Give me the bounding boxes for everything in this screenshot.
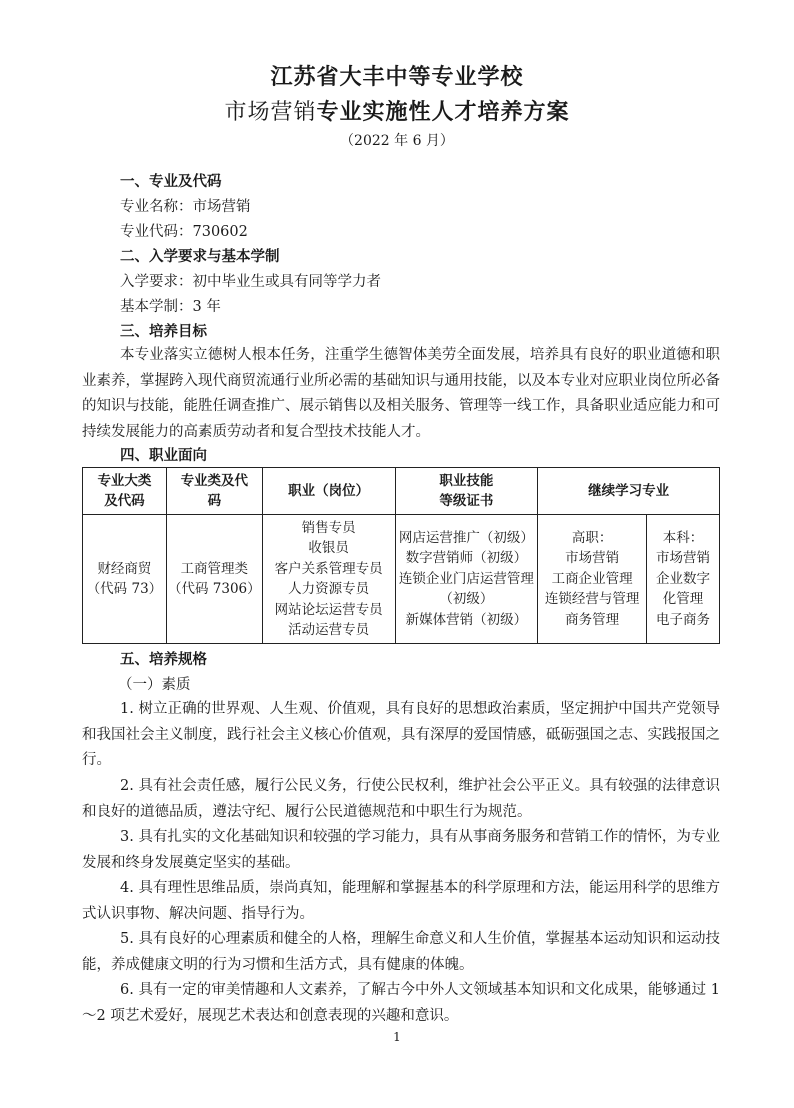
page-number: 1 (0, 1030, 794, 1044)
cell-certificates: 网店运营推广（初级）数字营销师（初级） 连锁企业门店运营管理（初级） 新媒体营销… (395, 515, 538, 644)
header-major-category: 专业大类及代码 (83, 468, 167, 515)
plan-date: （2022 年 6 月） (0, 130, 794, 150)
subsection-quality-heading: （一）素质 (118, 675, 191, 695)
career-orientation-table: 专业大类及代码 专业类及代码 职业（岗位） 职业技能等级证书 继续学习专业 财经… (82, 467, 720, 644)
section3-heading: 三、培养目标 (120, 322, 207, 342)
section2-heading: 二、入学要求与基本学制 (120, 247, 280, 267)
training-goal-paragraph: 本专业落实立德树人根本任务，注重学生德智体美劳全面发展，培养具有良好的职业道德和… (82, 343, 720, 445)
plan-title-major: 市场营销 (224, 100, 316, 125)
table-row: 财经商贸（代码 73） 工商管理类（代码 7306） 销售专员收银员 客户关系管… (83, 515, 720, 644)
header-occupation: 职业（岗位） (262, 468, 395, 515)
plan-title-rest: 专业实施性人才培养方案 (317, 100, 570, 125)
entry-requirement: 入学要求：初中毕业生或具有同等学力者 (120, 272, 381, 292)
header-further-study: 继续学习专业 (538, 468, 720, 515)
section5-heading: 五、培养规格 (120, 650, 207, 670)
major-code: 专业代码：730602 (120, 222, 248, 242)
school-title: 江苏省大丰中等专业学校 (0, 60, 794, 91)
study-duration: 基本学制：3 年 (120, 297, 221, 317)
cell-major-class: 工商管理类（代码 7306） (166, 515, 262, 644)
major-name: 专业名称：市场营销 (120, 197, 251, 217)
quality-item-2: 2. 具有社会责任感，履行公民义务，行使公民权利，维护社会公平正义。具有较强的法… (82, 774, 720, 825)
cell-major-category: 财经商贸（代码 73） (83, 515, 167, 644)
quality-item-6: 6. 具有一定的审美情趣和人文素养，了解古今中外人文领域基本知识和文化成果，能够… (82, 978, 720, 1029)
table-header-row: 专业大类及代码 专业类及代码 职业（岗位） 职业技能等级证书 继续学习专业 (83, 468, 720, 515)
cell-further-vocational: 高职：市场营销 工商企业管理连锁经营与管理 商务管理 (538, 515, 647, 644)
quality-item-5: 5. 具有良好的心理素质和健全的人格，理解生命意义和人生价值，掌握基本运动知识和… (82, 927, 720, 978)
plan-title: 市场营销专业实施性人才培养方案 (0, 95, 794, 126)
cell-occupations: 销售专员收银员 客户关系管理专员人力资源专员 网站论坛运营专员活动运营专员 (262, 515, 395, 644)
header-certificate: 职业技能等级证书 (395, 468, 538, 515)
quality-item-3: 3. 具有扎实的文化基础知识和较强的学习能力，具有从事商务服务和营销工作的情怀，… (82, 825, 720, 876)
cell-further-undergrad: 本科：市场营销 企业数字化管理 电子商务 (647, 515, 720, 644)
quality-item-1: 1. 树立正确的世界观、人生观、价值观，具有良好的思想政治素质，坚定拥护中国共产… (82, 697, 720, 774)
quality-item-4: 4. 具有理性思维品质，崇尚真知，能理解和掌握基本的科学原理和方法，能运用科学的… (82, 876, 720, 927)
section4-heading: 四、职业面向 (120, 446, 207, 466)
header-major-class: 专业类及代码 (166, 468, 262, 515)
section1-heading: 一、专业及代码 (120, 172, 222, 192)
